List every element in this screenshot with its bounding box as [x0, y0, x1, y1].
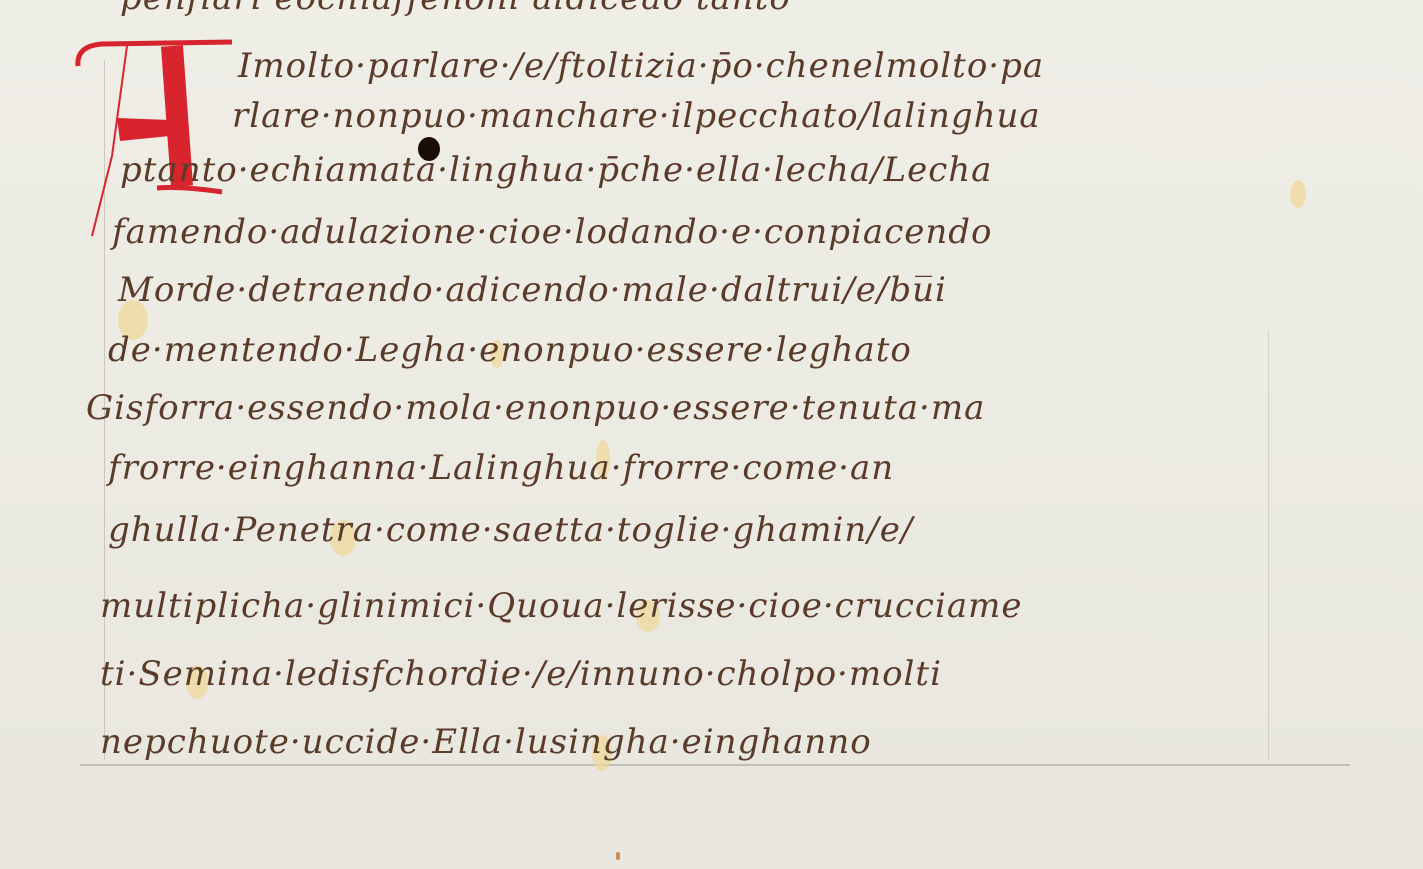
ruling-line-right — [1268, 330, 1269, 760]
manuscript-line: famendo·adulazione·cioe·lodando·e·conpia… — [112, 212, 993, 252]
manuscript-line: nepchuote·uccide·Ella·lusingha·einghanno — [100, 722, 872, 762]
ink-stain — [1290, 180, 1306, 208]
manuscript-line: Imolto·parlare·/e/ftoltizia·p̄o·chenelmo… — [238, 46, 1044, 86]
manuscript-line: ti·Semina·ledisfchordie·/e/innuno·cholpo… — [100, 654, 942, 694]
manuscript-line: penfiari·eochiaffenoni·aldiceao·tanto· — [120, 0, 803, 18]
manuscript-line: frorre·einghanna·Lalinghua·frorre·come·a… — [108, 448, 894, 488]
manuscript-line: rlare·nonpuo·manchare·ilpecchato/lalingh… — [232, 96, 1041, 136]
manuscript-line: Morde·detraendo·adicendo·male·daltrui/e/… — [118, 270, 947, 310]
manuscript-page: penfiari·eochiaffenoni·aldiceao·tanto· I… — [0, 0, 1423, 869]
manuscript-line: ptanto·echiamata·linghua·p̄che·ella·lech… — [120, 150, 992, 190]
manuscript-line: Gisforra·essendo·mola·enonpuo·essere·ten… — [86, 388, 985, 428]
manuscript-line: ghulla·Penetra·come·saetta·toglie·ghamin… — [108, 510, 913, 550]
ruling-line-bottom — [80, 764, 1350, 766]
manuscript-line: de·mentendo·Legha·enonpuo·essere·leghato — [108, 330, 912, 370]
ink-speck — [616, 852, 620, 860]
manuscript-line: multiplicha·glinimici·Quoua·lerisse·cioe… — [100, 586, 1022, 626]
